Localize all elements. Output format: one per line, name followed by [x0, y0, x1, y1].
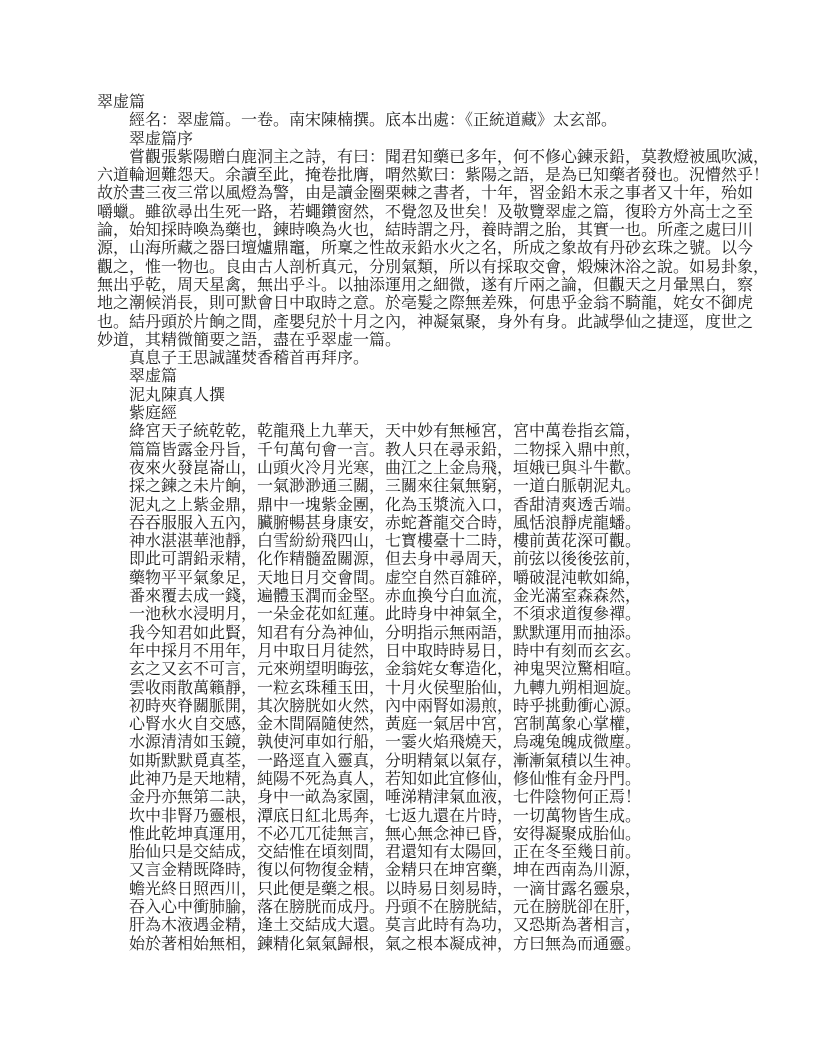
poem-line: 番來覆去成一錢，遍體玉潤而金堅。赤血換兮白血流，金光滿室森森然，	[97, 587, 757, 605]
colophon-line: 經名：翠虚篇。一卷。南宋陳楠撰。底本出處：《正統道藏》太玄部。	[97, 111, 757, 129]
preface-line: 妙道，其精微簡要之語，盡在乎翠虚一篇。	[97, 331, 757, 349]
preface-line: 嚼蠟。雖欲尋出生死一路，若蠅鑽窗然，不覺忽及世矣！及敬覽翠虚之篇，復聆方外高士之…	[97, 203, 757, 221]
poem-line: 一池秋水浸明月，一朵金花如紅蓮。此時身中神氣全，不須求道復參禪。	[97, 605, 757, 623]
poem-line: 絳宮天子統乾乾，乾龍飛上九華天，天中妙有無極宮，宮中萬卷指玄篇，	[97, 422, 757, 440]
poem-line: 如斯默默覓真荃，一路逕直入靈真，分明精氣以氣存，漸漸氣積以生神。	[97, 752, 757, 770]
preface-line: 地之潮候消長，則可默會日中取時之意。於亳髮之際無差殊，何患乎金翁不騎龍，姹女不御…	[97, 294, 757, 312]
poem-line: 坎中非腎乃靈根，潭底日紅北馬奔，七返九還在片時，一切萬物皆生成。	[97, 807, 757, 825]
poem-line: 初時夾脊關脈開，其次膀胱如火然，內中兩腎如湯煎，時乎挑動衝心源。	[97, 697, 757, 715]
poem-line: 始於著相始無相，鍊精化氣氣歸根，氣之根本凝成神，方曰無為而通靈。	[97, 935, 757, 953]
book-title: 翠虚篇	[97, 367, 757, 385]
preface-line: 六道輪迴難怨天。余讀至此，掩卷批膺，喟然歎曰：紫陽之語，是為已知藥者發也。況懵然…	[97, 166, 757, 184]
poem-line: 夜來火發崑崙山，山頭火冷月光寒，曲江之上金烏飛，垣娥已與斗牛歡。	[97, 459, 757, 477]
poem-line: 篇篇皆露金丹旨，千句萬句會一言。教人只在尋汞鉛，二物採入鼎中煎，	[97, 441, 757, 459]
preface-line: 源，山海所藏之器曰壇爐鼎竈，所稟之性故汞鉛水火之名，所成之象故有丹砂玄珠之號。以…	[97, 239, 757, 257]
preface-line: 無出乎乾，周天星禽，無出乎斗。以抽添運用之細微，遂有斤兩之論，但觀天之月暈黑白，…	[97, 276, 757, 294]
poem-line: 即此可謂鉛汞精，化作精髓盈關源，但去身中尋周天，前弦以後後弦前，	[97, 550, 757, 568]
poem-line: 神水湛湛華池靜，白雪紛紛飛四山，七寳樓臺十二時，樓前黃花深可觀。	[97, 532, 757, 550]
preface-line: 論，始知採時喚為藥也，鍊時喚為火也，結時謂之丹，養時謂之胎，其實一也。所產之處曰…	[97, 221, 757, 239]
poem-line: 藥物平平氣象足，天地日月交會間。虚空自然百雜碎，嚼破混沌軟如綿，	[97, 569, 757, 587]
preface-line: 觀之，惟一物也。良由古人剖析真元，分別氣類，所以有採取交會，煅煉沐浴之說。如易卦…	[97, 258, 757, 276]
author-line: 泥丸陳真人撰	[97, 386, 757, 404]
poem-line: 又言金精既降時，復以何物復金精，金精只在坤宮藥，坤在西南為川源，	[97, 861, 757, 879]
poem-line: 吞吞服服入五內，臟腑暢甚身康安，赤蛇蒼龍交合時，風恬浪靜虎龍蟠。	[97, 514, 757, 532]
poem-line: 胎仙只是交結成，交結惟在頃刻間，君還知有太陽回，正在冬至幾日前。	[97, 843, 757, 861]
poem-line: 水源清清如玉鏡，孰使河車如行船，一霎火焰飛燒天，烏魂兔魄成微塵。	[97, 733, 757, 751]
poem-line: 心腎水火自交感，金木間隔隨使然，黃庭一氣居中宮，宮制萬象心掌權，	[97, 715, 757, 733]
preface-title: 翠虚篇序	[97, 130, 757, 148]
poem-line: 此神乃是天地精，純陽不死為真人，若知如此宜修仙，修仙惟有金丹門。	[97, 770, 757, 788]
text-block: 翠虚篇 經名：翠虚篇。一卷。南宋陳楠撰。底本出處：《正統道藏》太玄部。 翠虚篇序…	[97, 93, 757, 953]
poem-line: 蟾光終日照西川，只此便是藥之根。以時易日刻易時，一滴甘露名靈泉，	[97, 880, 757, 898]
poem-line: 肝為木液遇金精，逢土交結成大還。莫言此時有為功，又恐斯為著相言，	[97, 916, 757, 934]
poem-line: 我今知君如此賢，知君有分為神仙，分明指示無兩語，默默運用而抽添。	[97, 624, 757, 642]
preface-line: 故於晝三夜三常以風燈為警，由是讀金圈栗棘之書者，十年，習金鉛木汞之事者又十年，殆…	[97, 184, 757, 202]
poem-line: 採之鍊之未片餉，一氣渺渺通三關，三關來往氣無窮，一道白脈朝泥丸。	[97, 477, 757, 495]
poem-line: 金丹亦無第二訣，身中一畝為家園，唾涕精津氣血液，七件陰物何正焉！	[97, 788, 757, 806]
poem-line: 泥丸之上紫金鼎，鼎中一塊紫金團，化為玉漿流入口，香甜清爽透舌端。	[97, 496, 757, 514]
poem-line: 玄之又玄不可言，元來朔望明晦弦，金翁姹女奪造化，神鬼哭泣驚相喧。	[97, 660, 757, 678]
document-page: 翠虚篇 經名：翠虚篇。一卷。南宋陳楠撰。底本出處：《正統道藏》太玄部。 翠虚篇序…	[0, 0, 816, 1056]
preface-line: 也。結丹頭於片餉之間，產嬰兒於十月之內，神凝氣聚，身外有身。此誠學仙之捷逕，度世…	[97, 313, 757, 331]
preface-line: 嘗觀張紫陽贈白鹿洞主之詩，有曰：聞君知藥已多年，何不修心鍊汞鉛，莫教燈被風吹滅，	[97, 148, 757, 166]
poem-line: 吞入心中衝肺腧，落在膀胱而成丹。丹頭不在膀胱結，元在膀胱卻在肝，	[97, 898, 757, 916]
poem-line: 雲收雨散萬籟靜，一粒玄珠種玉田，十月火侯聖胎仙，九轉九朔相迴旋。	[97, 679, 757, 697]
doc-title: 翠虚篇	[97, 93, 757, 111]
poem-line: 惟此乾坤真運用，不必兀兀徒無言，無心無念神已昏，安得凝聚成胎仙。	[97, 825, 757, 843]
poem-line: 年中採月不用年，月中取日月徒然，日中取時時易日，時中有刻而玄玄。	[97, 642, 757, 660]
chapter-title: 紫庭經	[97, 404, 757, 422]
preface-signature: 真息子王思誠謹焚香稽首再拜序。	[97, 349, 757, 367]
